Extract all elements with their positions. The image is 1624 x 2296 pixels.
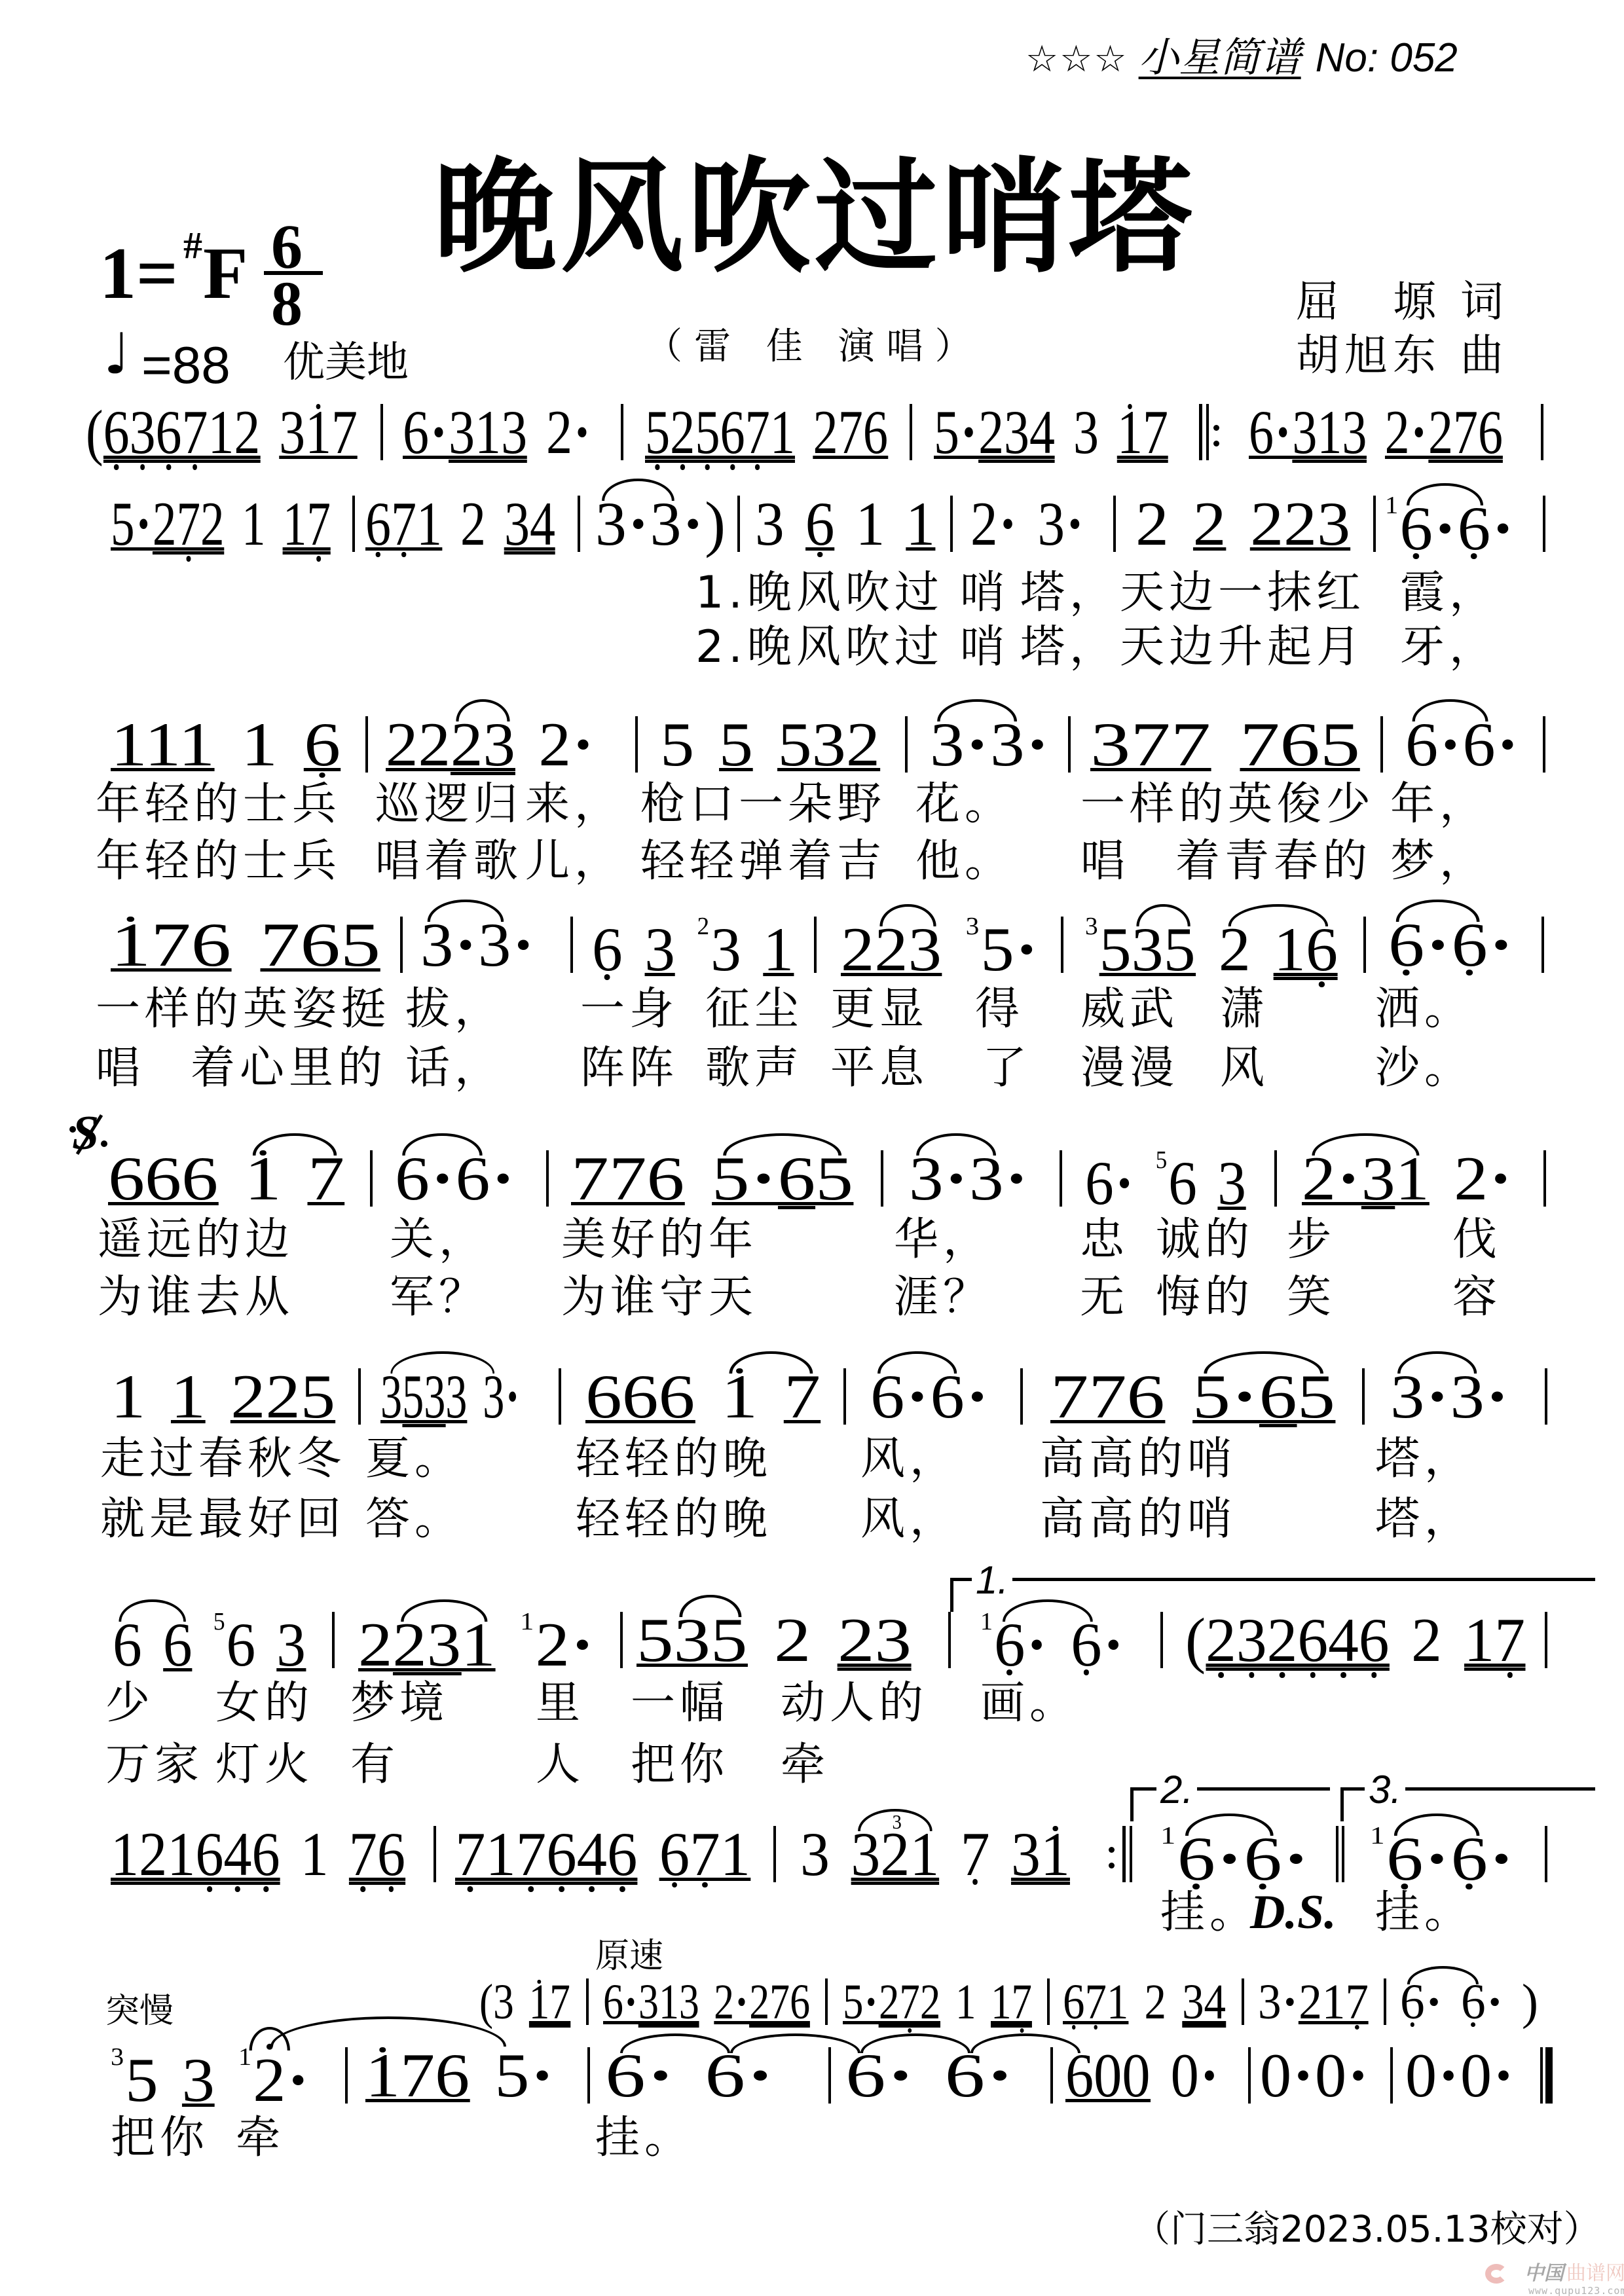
grace-note: 5 <box>1156 1146 1167 1174</box>
beam-underline: 3533 <box>380 1362 467 1431</box>
lyric-syllables: 风， <box>860 1497 959 1542</box>
note: 6 <box>1399 494 1433 563</box>
augmentation-dot: · <box>906 1362 929 1431</box>
note: 3 <box>1004 397 1029 467</box>
barline <box>1545 1612 1547 1668</box>
note: 3 <box>276 1610 306 1679</box>
augmentation-dot: · <box>987 2041 1014 2110</box>
note: 2 <box>774 1605 811 1675</box>
lyric-syllables: 走过春秋冬 <box>100 1437 346 1482</box>
note: 4 <box>1328 1605 1359 1675</box>
note: 7 <box>1453 397 1478 467</box>
lyrics-line-4-verse-1: 一样的英姿挺 拔， 一身 征尘 更显 得 威武 潇 洒。 <box>0 987 1624 1040</box>
lyrics-line-2-verse-1: 1.晚风吹过 哨 塔， 天边一抹红 霞， <box>0 571 1624 623</box>
lyricist-credit: 屈 塬 词 <box>1296 280 1509 323</box>
note: 1 <box>111 1362 145 1431</box>
note: 6 <box>377 1819 405 1889</box>
note: 1 <box>242 489 266 558</box>
lyric-syllables: 梦境 <box>350 1681 449 1726</box>
note: 6 <box>658 1362 695 1431</box>
note: 6 <box>607 1819 637 1889</box>
site-logo-icon <box>1485 2264 1507 2284</box>
note: 2 <box>539 710 571 779</box>
note: 2 <box>153 489 177 558</box>
grace-note: 1 <box>980 1608 993 1635</box>
beam-underline: 23 <box>392 1610 461 1679</box>
note: 3 <box>182 2045 215 2115</box>
augmentation-dot: · <box>571 1610 594 1679</box>
note: 2 <box>234 397 260 467</box>
note: 2 <box>1206 1605 1236 1675</box>
lyric-syllables: 天边一抹红 <box>1120 571 1365 615</box>
beam-underline: 17 <box>1117 397 1168 467</box>
lyric-syllables: 动人的 <box>781 1681 928 1726</box>
note: 1 <box>171 1362 206 1431</box>
lyric-syllables: 唱 <box>1080 839 1130 884</box>
note: 6 <box>546 1819 576 1889</box>
lyric-syllables: 步 <box>1287 1218 1336 1262</box>
score-line-6: 1 1 225 3533 3· 666 1 7 6·6· 776 5·65 3·… <box>0 1366 1624 1438</box>
note: 7 <box>899 1975 919 2030</box>
note: 7 <box>745 397 770 467</box>
note: 2 <box>879 1975 899 2030</box>
beam-underline: 34 <box>504 489 555 558</box>
beam-underline: 1 <box>171 1362 206 1431</box>
note: 5 <box>710 1605 747 1675</box>
note: 6 <box>646 1144 684 1213</box>
note: 4 <box>223 1819 251 1889</box>
augmentation-dot: · <box>530 2041 553 2110</box>
note: 1 <box>111 710 145 779</box>
repeat-start-barline <box>1199 404 1202 460</box>
note: 6 <box>1249 397 1274 467</box>
measure: 16·6· <box>1385 493 1515 560</box>
lyric-syllables: 漫漫 <box>1080 1046 1179 1091</box>
lyric-syllables: 唱着歌 <box>375 839 523 884</box>
beam-underline: 321 <box>851 1819 939 1889</box>
beam-underline: 321 <box>851 1819 939 1889</box>
augmentation-dot: · <box>1337 1144 1360 1213</box>
beam-underline: 17 <box>991 1975 1032 2030</box>
augmentation-dot: · <box>628 489 649 558</box>
note: 3 <box>1236 1605 1267 1675</box>
beam-underline: 76 <box>349 1819 405 1889</box>
slur-arc: 6·6 <box>1388 910 1488 979</box>
measure: 223 35· <box>841 914 1039 981</box>
measure: 6 6 56 3 <box>113 1609 306 1676</box>
beam-underline: 776 <box>571 1144 684 1213</box>
lyric-syllables: 有 <box>350 1743 399 1787</box>
lyric-syllables: 唱 <box>96 1046 145 1091</box>
lyrics-line-6-verse-1: 走过春秋冬 夏。 轻轻的晚 风， 高高的哨 塔， <box>0 1437 1624 1489</box>
note: 3 <box>483 710 515 779</box>
lyric-syllables: 一幅 <box>631 1681 729 1726</box>
augmentation-dot: · <box>1486 1362 1509 1431</box>
beam-underline: 717646 <box>455 1819 637 1889</box>
note: 7 <box>1143 397 1168 467</box>
barline <box>1061 917 1063 973</box>
note: 0 <box>1405 2041 1437 2110</box>
augmentation-dot: · <box>1438 2041 1459 2110</box>
score-line-2: 5·272 1 17 671 2 34 3·3·) 3 6 1 1 2· 3· … <box>0 493 1624 565</box>
beam-underline: 7 <box>308 1144 344 1213</box>
beam-underline: 3 <box>1361 1144 1395 1213</box>
slur-arc: 1 7 <box>245 1144 344 1213</box>
augmentation-dot: · <box>1426 1975 1442 2030</box>
augmentation-dot: · <box>1026 1610 1047 1679</box>
note: 6 <box>1478 397 1503 467</box>
note: 4 <box>577 1819 607 1889</box>
note: 3 <box>504 489 530 558</box>
augmentation-dot: · <box>1489 1144 1512 1213</box>
note: 5 <box>843 1975 863 2030</box>
lyric-syllables: 风， <box>860 1437 959 1482</box>
augmentation-dot: · <box>506 1362 520 1431</box>
notation-symbol: ( <box>479 1975 493 2030</box>
repeat-dot-icon <box>1213 425 1219 431</box>
beam-underline: 671 <box>659 1819 750 1889</box>
proofreading-credit: （门三翁2023.05.13校对） <box>1134 2212 1600 2248</box>
note: 1 <box>910 1819 939 1889</box>
augmentation-dot: · <box>1200 2041 1219 2110</box>
lyric-syllables: 塔， <box>1020 625 1118 670</box>
beam-underline: 53 <box>402 1362 445 1431</box>
lyrics-line-3-verse-2: 年轻的士兵 唱着歌 儿， 轻轻弹着吉 他。 唱 着青春的 梦， <box>0 839 1624 892</box>
beam-underline: 6 <box>304 710 341 779</box>
note: 7 <box>455 1819 485 1889</box>
lyric-syllables: 花。 <box>915 782 1014 827</box>
lyric-syllables: 歌声 <box>705 1046 803 1091</box>
note: 3 <box>1342 397 1367 467</box>
note: 1 <box>1317 397 1342 467</box>
note: 3 <box>969 1144 1004 1213</box>
lyric-syllables: 就是最好回 <box>100 1497 346 1542</box>
measure: 0·0· <box>1405 2045 1515 2107</box>
note: 1 <box>763 915 794 984</box>
augmentation-dot: · <box>966 710 989 779</box>
note: 1 <box>416 489 442 558</box>
augmentation-dot: · <box>1293 2041 1314 2110</box>
note: 5 <box>815 1144 853 1213</box>
volta-label-3: 3. <box>1365 1770 1405 1810</box>
note: 3 <box>595 489 627 558</box>
barline <box>737 496 740 552</box>
beam-underline: 232646 <box>1206 1605 1389 1675</box>
slur-arc: 3·3 <box>420 910 511 979</box>
slur-arc: 6·6 <box>1405 710 1496 779</box>
beam-underline: 34 <box>504 489 555 558</box>
note: 2 <box>546 397 572 467</box>
barline <box>1160 1612 1163 1668</box>
measure: 6· 56 3 <box>1085 1148 1246 1214</box>
lyric-syllables: 着青春的 <box>1175 839 1372 884</box>
note: 7 <box>1012 1975 1032 2030</box>
note: 3 <box>427 1610 461 1679</box>
note: 1 <box>283 489 307 558</box>
barline <box>400 917 403 973</box>
grace-note: 2 <box>697 913 709 940</box>
slur-arc: 6· 6 <box>994 1610 1102 1679</box>
note: 3 <box>449 397 475 467</box>
note: 1 <box>1464 1605 1495 1675</box>
note: 6 <box>1297 1605 1328 1675</box>
lyric-syllables: 梦， <box>1390 839 1488 884</box>
note: 3 <box>644 915 675 984</box>
beam-underline: 636712 <box>103 397 261 467</box>
slur-arc: 35 <box>1132 915 1196 984</box>
beam-underline: 1 <box>763 915 794 984</box>
note: 6 <box>435 2041 470 2110</box>
slur-arc: 3·3 <box>595 489 681 558</box>
measure: 6·6· <box>870 1366 990 1428</box>
note: 1 <box>856 489 885 558</box>
note: 3 <box>279 397 305 467</box>
note: 6 <box>863 397 888 467</box>
lyric-syllables: 轻轻的晚 <box>576 1437 772 1482</box>
beam-underline: 5·272 <box>111 489 225 558</box>
note: 4 <box>1204 1975 1226 2030</box>
note: 6 <box>195 1819 223 1889</box>
lyric-syllables: 把你 <box>111 2116 209 2160</box>
note: 2 <box>838 1605 874 1675</box>
repeat-end-barline <box>1122 1826 1126 1882</box>
note: 2 <box>1411 1605 1442 1675</box>
lyric-syllables: 潇 <box>1220 987 1269 1032</box>
note: 3 <box>420 910 453 979</box>
beam-underline: 671 <box>1063 1975 1128 2030</box>
note: 7 <box>400 2041 435 2110</box>
augmentation-dot: · <box>1489 910 1513 979</box>
score-line-5: 666 1 7 6·6· 776 5·65 3·3· 6· 56 3 2·31 … <box>0 1148 1624 1220</box>
note: 5 <box>660 710 694 779</box>
note: 3 <box>424 1362 445 1431</box>
lyric-syllables: 着心里的 <box>191 1046 387 1091</box>
barline <box>1543 1150 1546 1207</box>
lyrics-line-5-verse-1: 遥远的边 关， 美好的年 华， 忠 诚的 步 伐 <box>0 1218 1624 1270</box>
double-barline <box>1342 1826 1344 1882</box>
barline <box>1047 1978 1050 2025</box>
note: 5 <box>637 1605 673 1675</box>
note: 6 <box>592 915 623 984</box>
beam-underline: 276 <box>1428 397 1503 467</box>
augmentation-dot: · <box>999 489 1017 558</box>
beam-underline: 2231 <box>358 1610 496 1679</box>
beam-underline: 313 <box>1292 397 1367 467</box>
beam-underline: 2·276 <box>714 1975 810 2030</box>
beam-underline: 23 <box>838 1605 912 1675</box>
measure: 671 2 34 <box>365 493 555 555</box>
lyric-syllables: 灯火 <box>215 1743 314 1787</box>
tempo-primo-marking: 原速 <box>595 1939 663 1973</box>
lyric-syllables: 忠 <box>1080 1218 1129 1262</box>
note: 7 <box>391 489 416 558</box>
lyric-syllables: 1.晚风吹过 <box>695 571 944 615</box>
volta-label-1: 1. <box>972 1561 1012 1600</box>
note: 2 <box>265 1362 300 1431</box>
beam-underline: 34 <box>1182 1975 1226 2030</box>
song-title: 晚风吹过哨塔 <box>434 156 1196 279</box>
augmentation-dot: · <box>1497 710 1519 779</box>
lyric-syllables: 伐 <box>1452 1218 1502 1262</box>
slur-arc: 6· 6 <box>1400 1975 1486 2030</box>
score-line-10: 35 3 12· 176 5· 6· 6· 6· 6· 600 0· 0·0· … <box>0 2045 1624 2117</box>
lyric-syllables: 年， <box>1390 782 1488 827</box>
note: 2 <box>1454 1144 1488 1213</box>
note: 3 <box>380 1362 402 1431</box>
watermark: 中国 曲谱网 www.qupu123.com <box>1485 2263 1624 2296</box>
note: 7 <box>838 397 863 467</box>
beam-underline: 765 <box>260 910 380 979</box>
note: 1 <box>721 1362 758 1431</box>
lyric-syllables: 高高的哨 <box>1040 1497 1236 1542</box>
barline <box>843 1368 846 1425</box>
note: 6 <box>1400 1975 1425 2030</box>
segno-dot-icon <box>101 1140 107 1147</box>
beam-underline: 16 <box>1274 915 1338 984</box>
note: 3 <box>851 1819 880 1889</box>
note: 7 <box>176 489 200 558</box>
measure: 3 321 7 31 <box>800 1823 1070 1886</box>
lyric-syllables: 巡逻归 <box>375 782 523 827</box>
lyric-syllables: 年轻的士兵 <box>96 839 341 884</box>
note: 6 <box>603 1975 623 2030</box>
note: 6 <box>1463 710 1496 779</box>
note: 1 <box>1107 1975 1128 2030</box>
note: 5 <box>1192 1362 1230 1431</box>
measure: 6· 6· <box>605 2045 775 2107</box>
augmentation-dot: · <box>574 397 591 467</box>
lyric-syllables: 塔， <box>1375 1437 1473 1482</box>
score-line-3: 111 1 6 2223 2· 5 5 532 3·3· 377 765 6·6… <box>0 714 1624 786</box>
slur-arc: 3·3 <box>909 1144 1004 1213</box>
note: 6 <box>1168 1148 1197 1218</box>
note: 5 <box>712 1144 750 1213</box>
note: 2 <box>1135 489 1169 558</box>
note: 2 <box>1302 1144 1336 1213</box>
note: 1 <box>475 397 501 467</box>
measure: (3 17 <box>479 1977 570 2027</box>
note: 4 <box>1029 397 1055 467</box>
beam-underline: 232646 <box>1206 1605 1389 1675</box>
note: 3 <box>483 1362 504 1431</box>
lyric-syllables: 风 <box>1220 1046 1269 1091</box>
lyric-syllables: 更显 <box>830 987 929 1032</box>
note: 7 <box>1088 1362 1126 1431</box>
note: 3 <box>1090 710 1130 779</box>
beam-underline: 6 <box>778 1144 816 1213</box>
note: 0 <box>1171 2041 1199 2110</box>
note: 7 <box>181 397 208 467</box>
augmentation-dot: · <box>1411 397 1427 467</box>
note: 5 <box>402 1362 424 1431</box>
note: 6 <box>720 397 745 467</box>
lyric-syllables: 女的 <box>215 1681 314 1726</box>
augmentation-dot: · <box>492 1144 515 1213</box>
augmentation-dot: · <box>751 1144 777 1213</box>
rating-stars-icon: ☆☆☆ <box>1025 38 1128 81</box>
augmentation-dot: · <box>1275 397 1291 467</box>
barline <box>1020 1368 1023 1425</box>
lyric-syllables: 悔的 <box>1156 1275 1254 1320</box>
augmentation-dot: · <box>1066 489 1084 558</box>
note: 6 <box>1259 1362 1297 1431</box>
beam-underline: 272 <box>879 1975 940 2030</box>
barline <box>773 1826 776 1882</box>
note: 1 <box>245 1144 282 1213</box>
lyric-syllables: 笑 <box>1287 1275 1336 1320</box>
lyrics-line-5-verse-2: 为谁去从 军？ 为谁守天 涯？ 无 悔的 笑 容 <box>0 1275 1624 1328</box>
lyric-syllables: 高高的哨 <box>1040 1437 1236 1482</box>
lyrics-line-4-verse-2: 唱 着心里的 话， 阵阵 歌声 平息 了 漫漫 风 沙。 <box>0 1046 1624 1099</box>
measure: 6·313 2·276 <box>603 1977 810 2027</box>
note: 2 <box>880 1819 910 1889</box>
barline <box>1060 1150 1062 1207</box>
score-line-8: 121646 1 76 717646 671 3 321 7 31 16·6· … <box>0 1823 1624 1895</box>
note: 7 <box>769 1975 790 2030</box>
beam-underline: 276 <box>813 397 888 467</box>
augmentation-dot: · <box>1426 1362 1449 1431</box>
note: 6 <box>931 1362 965 1431</box>
augmentation-dot: · <box>454 910 477 979</box>
note: 1 <box>178 710 215 779</box>
augmentation-dot: · <box>512 910 534 979</box>
measure: 2 2 223 <box>1135 493 1350 555</box>
beam-underline: 6 <box>1259 1362 1297 1431</box>
sharp-icon: # <box>183 227 202 264</box>
beam-underline: 313 <box>638 1975 699 2030</box>
lyric-syllables: 平息 <box>830 1046 929 1091</box>
note: 2 <box>978 397 1004 467</box>
score-line-7: 6 6 56 3 2231 12· 535 2 23 16· 6· (23264… <box>0 1609 1624 1681</box>
beam-underline: 666 <box>108 1144 218 1213</box>
barline <box>621 404 623 460</box>
slur-arc: 6·6 <box>1177 1824 1282 1893</box>
note: 1 <box>365 2041 400 2110</box>
measure: 671 2 34 <box>1063 1977 1226 2027</box>
note: 3 <box>930 710 965 779</box>
note: 6 <box>191 910 231 979</box>
note: 7 <box>308 1144 344 1213</box>
note: 1 <box>208 397 234 467</box>
beam-underline: 3 <box>182 2045 215 2115</box>
note: 5 <box>1297 1362 1335 1431</box>
note: 6 <box>181 1144 218 1213</box>
repeat-dot-icon <box>1109 1847 1115 1853</box>
note: 6 <box>1405 710 1438 779</box>
augmentation-dot: · <box>1492 494 1514 563</box>
lyric-syllables: 拔， <box>405 987 504 1032</box>
note: 3 <box>990 710 1025 779</box>
note: 3 <box>800 1819 830 1889</box>
note: 6 <box>585 1362 622 1431</box>
note: 2 <box>1250 489 1283 558</box>
augmentation-dot: · <box>961 397 978 467</box>
repeat-start-barline <box>1206 404 1209 460</box>
lyric-syllables: 答。 <box>365 1497 464 1542</box>
lyric-syllables: 把你 <box>631 1743 729 1787</box>
note: 6 <box>1127 1362 1165 1431</box>
barline <box>1384 1978 1386 2025</box>
measure: 121646 1 76 <box>111 1823 405 1886</box>
note: 3 <box>1450 1362 1485 1431</box>
note: 2 <box>392 1610 426 1679</box>
note: 6 <box>108 1144 145 1213</box>
barline <box>635 716 638 773</box>
note: 5 <box>1099 915 1132 984</box>
barline <box>1543 716 1545 773</box>
augmentation-dot: · <box>1026 710 1049 779</box>
augmentation-dot: · <box>287 2045 309 2115</box>
